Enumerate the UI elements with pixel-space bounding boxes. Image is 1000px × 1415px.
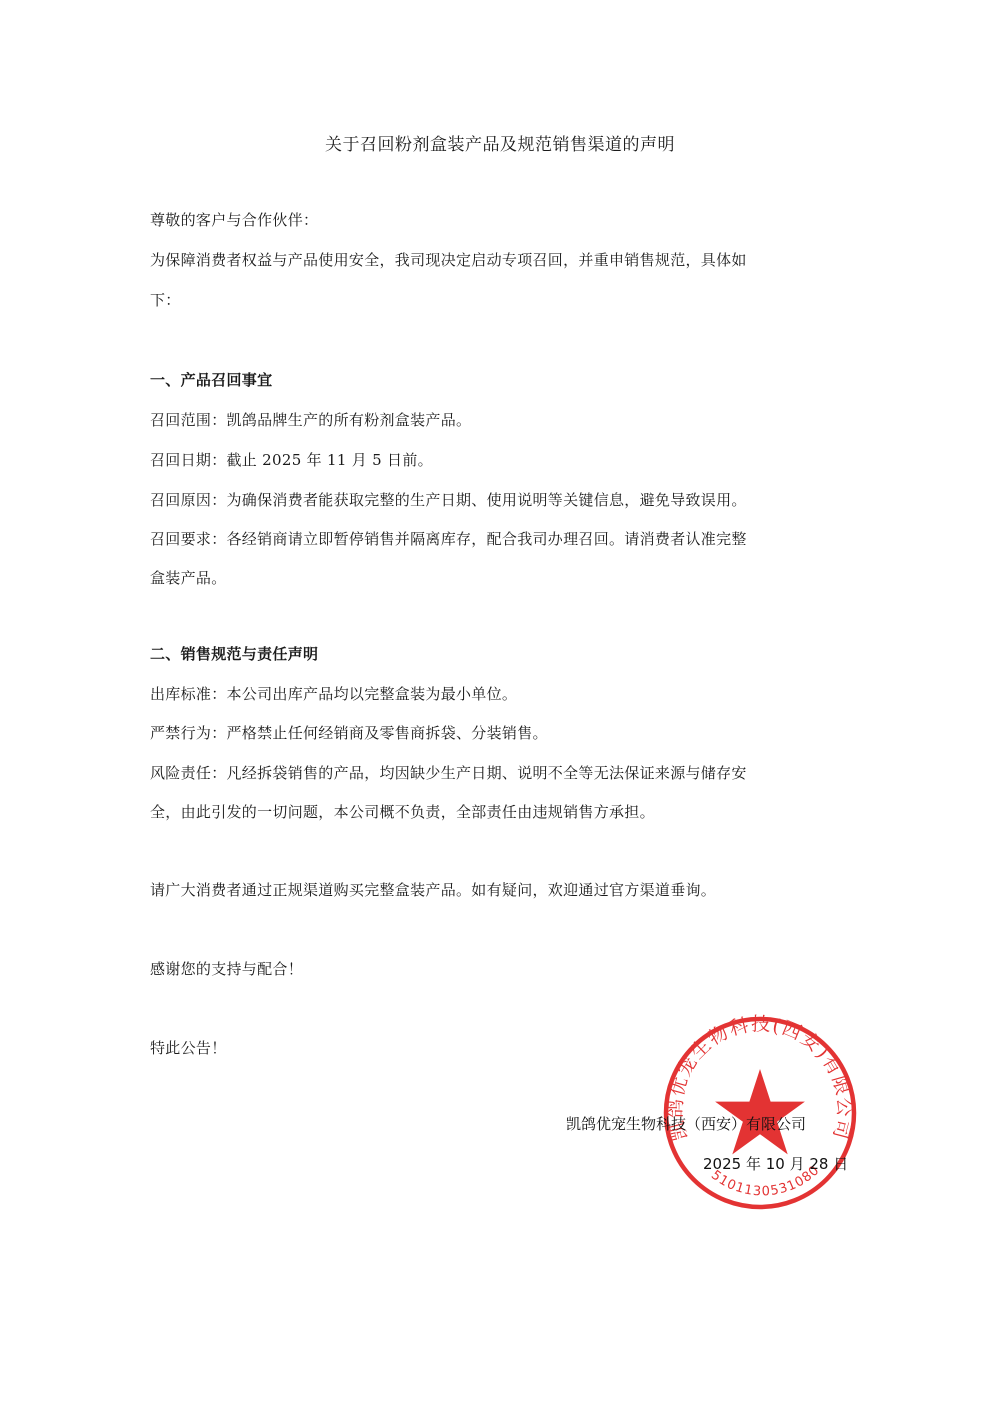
intro-line-1: 为保障消费者权益与产品使用安全，我司现决定启动专项召回，并重申销售规范，具体如 xyxy=(150,249,747,270)
signature-company: 凯鸽优宠生物科技（西安）有限公司 xyxy=(566,1113,806,1134)
closing-notice: 特此公告！ xyxy=(150,1037,227,1058)
document-page: 关于召回粉剂盒装产品及规范销售渠道的声明 尊敬的客户与合作伙伴： 为保障消费者权… xyxy=(0,0,1000,1415)
recall-scope: 召回范围：凯鸽品牌生产的所有粉剂盒装产品。 xyxy=(150,409,471,430)
prohibited-behavior: 严禁行为：严格禁止任何经销商及零售商拆袋、分装销售。 xyxy=(150,722,548,743)
document-title: 关于召回粉剂盒装产品及规范销售渠道的声明 xyxy=(0,130,1000,155)
recall-requirement: 召回要求：各经销商请立即暂停销售并隔离库存，配合我司办理召回。请消费者认准完整 xyxy=(150,528,747,549)
recall-date: 召回日期：截止 2025 年 11 月 5 日前。 xyxy=(150,449,433,470)
closing-advice: 请广大消费者通过正规渠道购买完整盒装产品。如有疑问，欢迎通过官方渠道垂询。 xyxy=(150,879,716,900)
salutation: 尊敬的客户与合作伙伴： xyxy=(150,209,318,230)
recall-requirement-cont: 盒装产品。 xyxy=(150,567,227,588)
outbound-standard: 出库标准：本公司出库产品均以完整盒装为最小单位。 xyxy=(150,683,517,704)
closing-thanks: 感谢您的支持与配合！ xyxy=(150,958,303,979)
signature-date: 2025 年 10 月 28 日 xyxy=(703,1153,848,1174)
recall-reason: 召回原因：为确保消费者能获取完整的生产日期、使用说明等关键信息，避免导致误用。 xyxy=(150,489,747,510)
intro-line-2: 下： xyxy=(150,289,181,310)
risk-liability-cont: 全，由此引发的一切问题，本公司概不负责，全部责任由违规销售方承担。 xyxy=(150,801,655,822)
risk-liability: 风险责任：凡经拆袋销售的产品，均因缺少生产日期、说明不全等无法保证来源与储存安 xyxy=(150,762,747,783)
section-2-heading: 二、销售规范与责任声明 xyxy=(150,643,318,664)
star-icon xyxy=(715,1069,805,1154)
section-1-heading: 一、产品召回事宜 xyxy=(150,369,272,390)
